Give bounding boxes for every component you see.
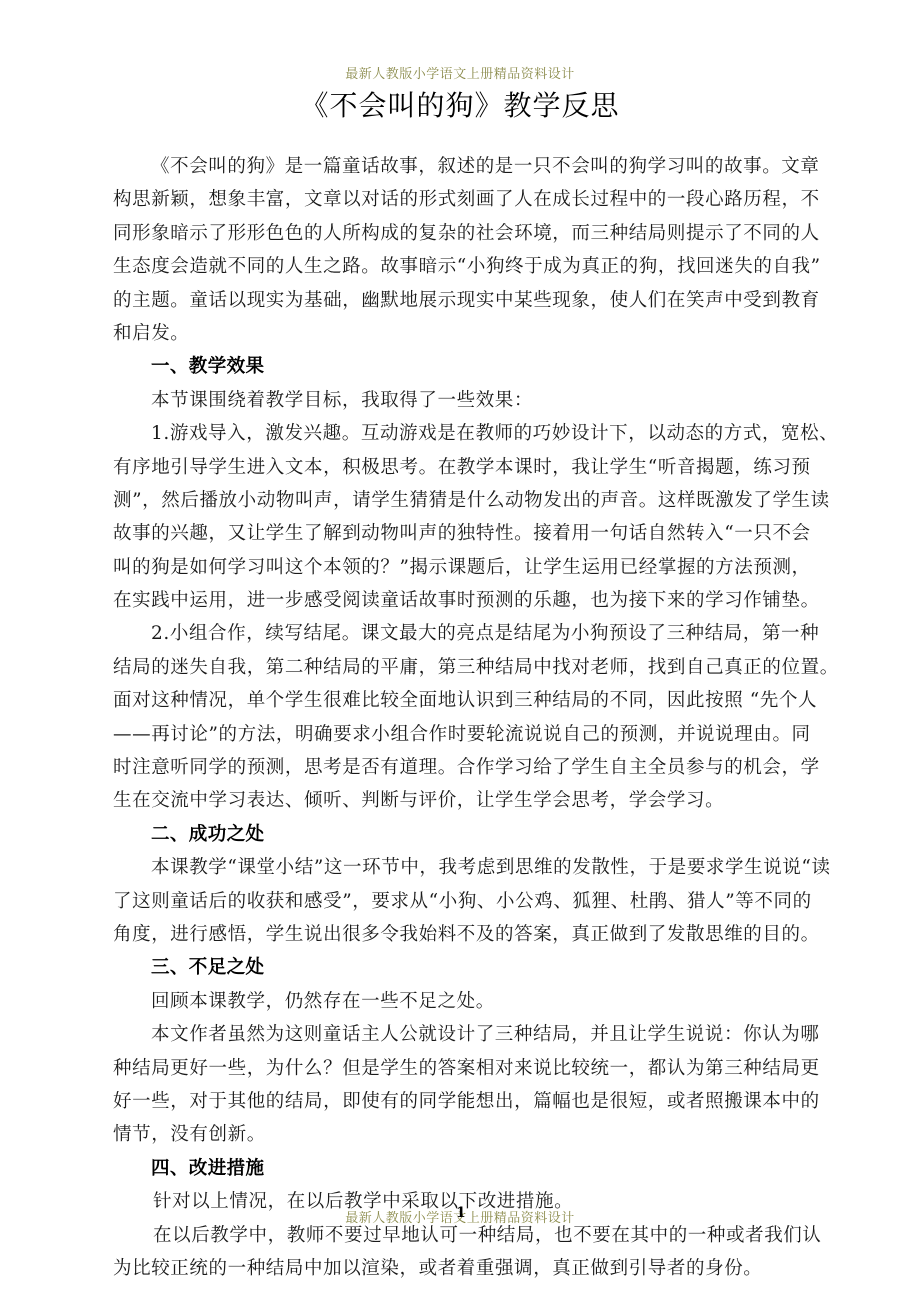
text-line: 和启发。 — [113, 317, 813, 350]
text-line: 构思新颖，想象丰富，文章以对话的形式刻画了人在成长过程中的一段心路历程，不 — [113, 183, 813, 216]
text-line: 时注意听同学的预测，思考是否有道理。合作学习给了学生自主全员参与的机会，学 — [113, 751, 813, 784]
text-line: 本节课围绕着教学目标，我取得了一些效果： — [113, 384, 813, 417]
section-successes: 二、成功之处 本课教学“课堂小结”这一环节中，我考虑到思维的发散性，于是要求学生… — [113, 818, 813, 952]
section-heading: 四、改进措施 — [113, 1152, 813, 1185]
text-line: 1.游戏导入，激发兴趣。互动游戏是在教师的巧妙设计下，以动态的方式，宽松、 — [113, 417, 813, 450]
text-line: 同形象暗示了形形色色的人所构成的复杂的社会环境，而三种结局则提示了不同的人 — [113, 217, 813, 250]
section-heading: 一、教学效果 — [113, 350, 813, 383]
text-line: 好一些，对于其他的结局，即使有的同学能想出，篇幅也是很短，或者照搬课本中的 — [113, 1085, 813, 1118]
header-note: 最新人教版小学语文上册精品资料设计 — [0, 63, 920, 82]
text-line: 了这则童话后的收获和感受”，要求从“小狗、小公鸡、狐狸、杜鹃、猎人”等不同的 — [113, 885, 813, 918]
section-heading: 三、不足之处 — [113, 951, 813, 984]
text-line: 的主题。童话以现实为基础，幽默地展示现实中某些现象，使人们在笑声中受到教育 — [113, 284, 813, 317]
text-line: 生态度会造就不同的人生之路。故事暗示“小狗终于成为真正的狗，找回迷失的自我” — [113, 250, 813, 283]
document-title: 《不会叫的狗》教学反思 — [0, 84, 920, 124]
text-line: 故事的兴趣，又让学生了解到动物叫声的独特性。接着用一句话自然转入“一只不会 — [113, 517, 813, 550]
text-line: 《不会叫的狗》是一篇童话故事，叙述的是一只不会叫的狗学习叫的故事。文章 — [113, 150, 813, 183]
text-line: 面对这种情况，单个学生很难比较全面地认识到三种结局的不同，因此按照 “先个人 — [113, 684, 813, 717]
text-line: 本文作者虽然为这则童话主人公就设计了三种结局，并且让学生说说：你认为哪 — [113, 1018, 813, 1051]
text-line: 2.小组合作，续写结尾。课文最大的亮点是结尾为小狗预设了三种结局，第一种 — [113, 617, 813, 650]
text-line: 情节，没有创新。 — [113, 1118, 813, 1151]
intro-paragraph: 《不会叫的狗》是一篇童话故事，叙述的是一只不会叫的狗学习叫的故事。文章 构思新颖… — [113, 150, 813, 350]
text-line: 种结局更好一些，为什么？但是学生的答案相对来说比较统一，都认为第三种结局更 — [113, 1052, 813, 1085]
document-body: 《不会叫的狗》是一篇童话故事，叙述的是一只不会叫的狗学习叫的故事。文章 构思新颖… — [113, 150, 813, 1285]
text-line: 本课教学“课堂小结”这一环节中，我考虑到思维的发散性，于是要求学生说说“读 — [113, 851, 813, 884]
text-line: 结局的迷失自我，第二种结局的平庸，第三种结局中找对老师，找到自己真正的位置。 — [113, 651, 813, 684]
text-line: 测”，然后播放小动物叫声，请学生猜猜是什么动物发出的声音。这样既激发了学生读 — [113, 484, 813, 517]
section-teaching-effects: 一、教学效果 本节课围绕着教学目标，我取得了一些效果： 1.游戏导入，激发兴趣。… — [113, 350, 813, 817]
text-line: 叫的狗是如何学习叫这个本领的？”揭示课题后，让学生运用已经掌握的方法预测， — [113, 551, 813, 584]
page-number: 1 — [456, 1205, 466, 1221]
section-shortcomings: 三、不足之处 回顾本课教学，仍然存在一些不足之处。 本文作者虽然为这则童话主人公… — [113, 951, 813, 1151]
document-page: 最新人教版小学语文上册精品资料设计 《不会叫的狗》教学反思 《不会叫的狗》是一篇… — [0, 0, 920, 1302]
text-line: 生在交流中学习表达、倾听、判断与评价，让学生学会思考，学会学习。 — [113, 784, 813, 817]
text-line: 有序地引导学生进入文本，积极思考。在教学本课时，我让学生“听音揭题，练习预 — [113, 451, 813, 484]
text-line: ——再讨论”的方法，明确要求小组合作时要轮流说说自己的预测，并说说理由。同 — [113, 718, 813, 751]
section-heading: 二、成功之处 — [113, 818, 813, 851]
text-line: 角度，进行感悟，学生说出很多令我始料不及的答案，真正做到了发散思维的目的。 — [113, 918, 813, 951]
text-line: 在实践中运用，进一步感受阅读童话故事时预测的乐趣，也为接下来的学习作铺垫。 — [113, 584, 813, 617]
text-line: 回顾本课教学，仍然存在一些不足之处。 — [113, 985, 813, 1018]
text-line: 为比较正统的一种结局中加以渲染，或者着重强调，真正做到引导者的身份。 — [113, 1252, 813, 1285]
